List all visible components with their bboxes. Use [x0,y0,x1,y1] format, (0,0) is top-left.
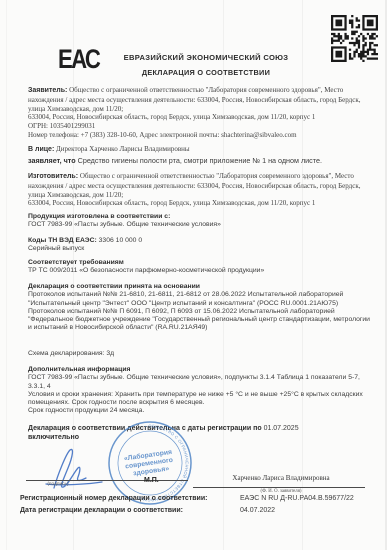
declaration-title: ДЕКЛАРАЦИЯ О СООТВЕТСТВИИ [96,68,316,77]
registration-date-value: 04.07.2022 [240,507,275,515]
registration-number-row: Регистрационный номер декларации о соотв… [20,495,380,503]
validity-suffix: включительно [28,434,79,441]
representative-block: В лице: Директора Харченко Ларисы Владим… [28,145,368,155]
signature-line [26,480,188,481]
basis-block: Декларация о соответствии принята на осн… [28,283,371,333]
registration-date-row: Дата регистрации декларации о соответств… [20,507,380,515]
applicant-text2: 633004, Россия, Новосибирская область, г… [28,113,368,122]
declares-block: заявляет, что Средство гигиены полости р… [28,156,373,165]
registration-number-value: ЕАЭС N RU Д-RU.РА04.В.59677/22 [240,495,354,503]
codes-label: Коды ТН ВЭД ЕАЭС: [28,237,97,244]
production-block: Продукция изготовлена в соответствии с: … [28,213,373,230]
scheme-text: Схема декларирования: 3д [28,350,114,357]
signatory-name-caption: (Ф. И. О. заявителя) [196,489,366,494]
declares-label: заявляет, что [28,156,76,165]
codes-block: Коды ТН ВЭД ЕАЭС: 3306 10 000 0 Серийный… [28,237,373,254]
additional-info-line: Срок годности продукции 24 месяца. [28,407,373,415]
signatory-name-line [193,487,365,488]
manufacturer-label: Изготовитель: [28,173,78,180]
compliance-block: Соответствует требованиям ТР ТС 009/2011… [28,259,373,276]
stamp-place-label: М.П. [144,477,159,484]
document-title: ЕВРАЗИЙСКИЙ ЭКОНОМИЧЕСКИЙ СОЮЗ ДЕКЛАРАЦИ… [96,53,316,77]
registration-date-label: Дата регистрации декларации о соответств… [20,507,183,514]
test-protocol-item: Протоколов испытаний №№ П 6091, П 6092, … [28,308,371,333]
applicant-label: Заявитель: [28,87,67,94]
applicant-block: Заявитель: Общество с ограниченной ответ… [28,86,368,140]
registration-number-label: Регистрационный номер декларации о соотв… [20,495,207,502]
applicant-phone: Номер телефона: +7 (383) 328-10-60, Адре… [28,131,368,140]
handwritten-signature [40,444,130,496]
manufacturer-text2: 633004, Россия, Новосибирская область, г… [28,199,368,208]
additional-info-line: ГОСТ 7983-99 «Пасты зубные. Общие технич… [28,374,373,391]
declaration-document: ЕАС ЕВРАЗИЙСКИЙ ЭКОНОМИЧЕСКИЙ СОЮЗ ДЕКЛА… [0,0,387,550]
applicant-ogrn: ОГРН: 1035401299031 [28,122,368,131]
representative-text: Директора Харченко Ларисы Владимировны [56,145,190,153]
signatory-name: Харченко Лариса Владимировна [196,474,366,482]
signature-caption: (подпись) [28,482,88,487]
qr-code-icon [331,15,378,62]
union-title: ЕВРАЗИЙСКИЙ ЭКОНОМИЧЕСКИЙ СОЮЗ [96,53,316,62]
production-standard: ГОСТ 7983-99 «Пасты зубные. Общие технич… [28,221,373,229]
codes-value: 3306 10 000 0 [99,237,142,244]
scheme-block: Схема декларирования: 3д [28,350,373,358]
svg-text:«Лаборатория современног: «Лаборатория современного здоровья» [123,448,176,479]
additional-info-block: Дополнительная информация ГОСТ 7983-99 «… [28,366,373,416]
test-protocol-item: Протоколов испытаний №№ 21-6810, 21-6811… [28,291,371,308]
validity-date: 01.07.2025 [264,425,299,432]
declared-product: Средство гигиены полости рта, смотри при… [78,156,322,165]
release-type: Серийный выпуск [28,245,373,253]
compliance-regulation: ТР ТС 009/2011 «О безопасности парфюмерн… [28,267,373,275]
additional-info-line: Условия и сроки хранения: Хранить при те… [28,391,373,408]
scan-fold-line [6,0,7,550]
manufacturer-text: Общество с ограниченной ответственностью… [28,172,360,199]
manufacturer-block: Изготовитель: Общество с ограниченной от… [28,172,368,208]
applicant-text: Общество с ограниченной ответственностью… [28,86,360,113]
eac-logo-icon: ЕАС [58,44,99,74]
representative-label: В лице: [28,146,54,153]
